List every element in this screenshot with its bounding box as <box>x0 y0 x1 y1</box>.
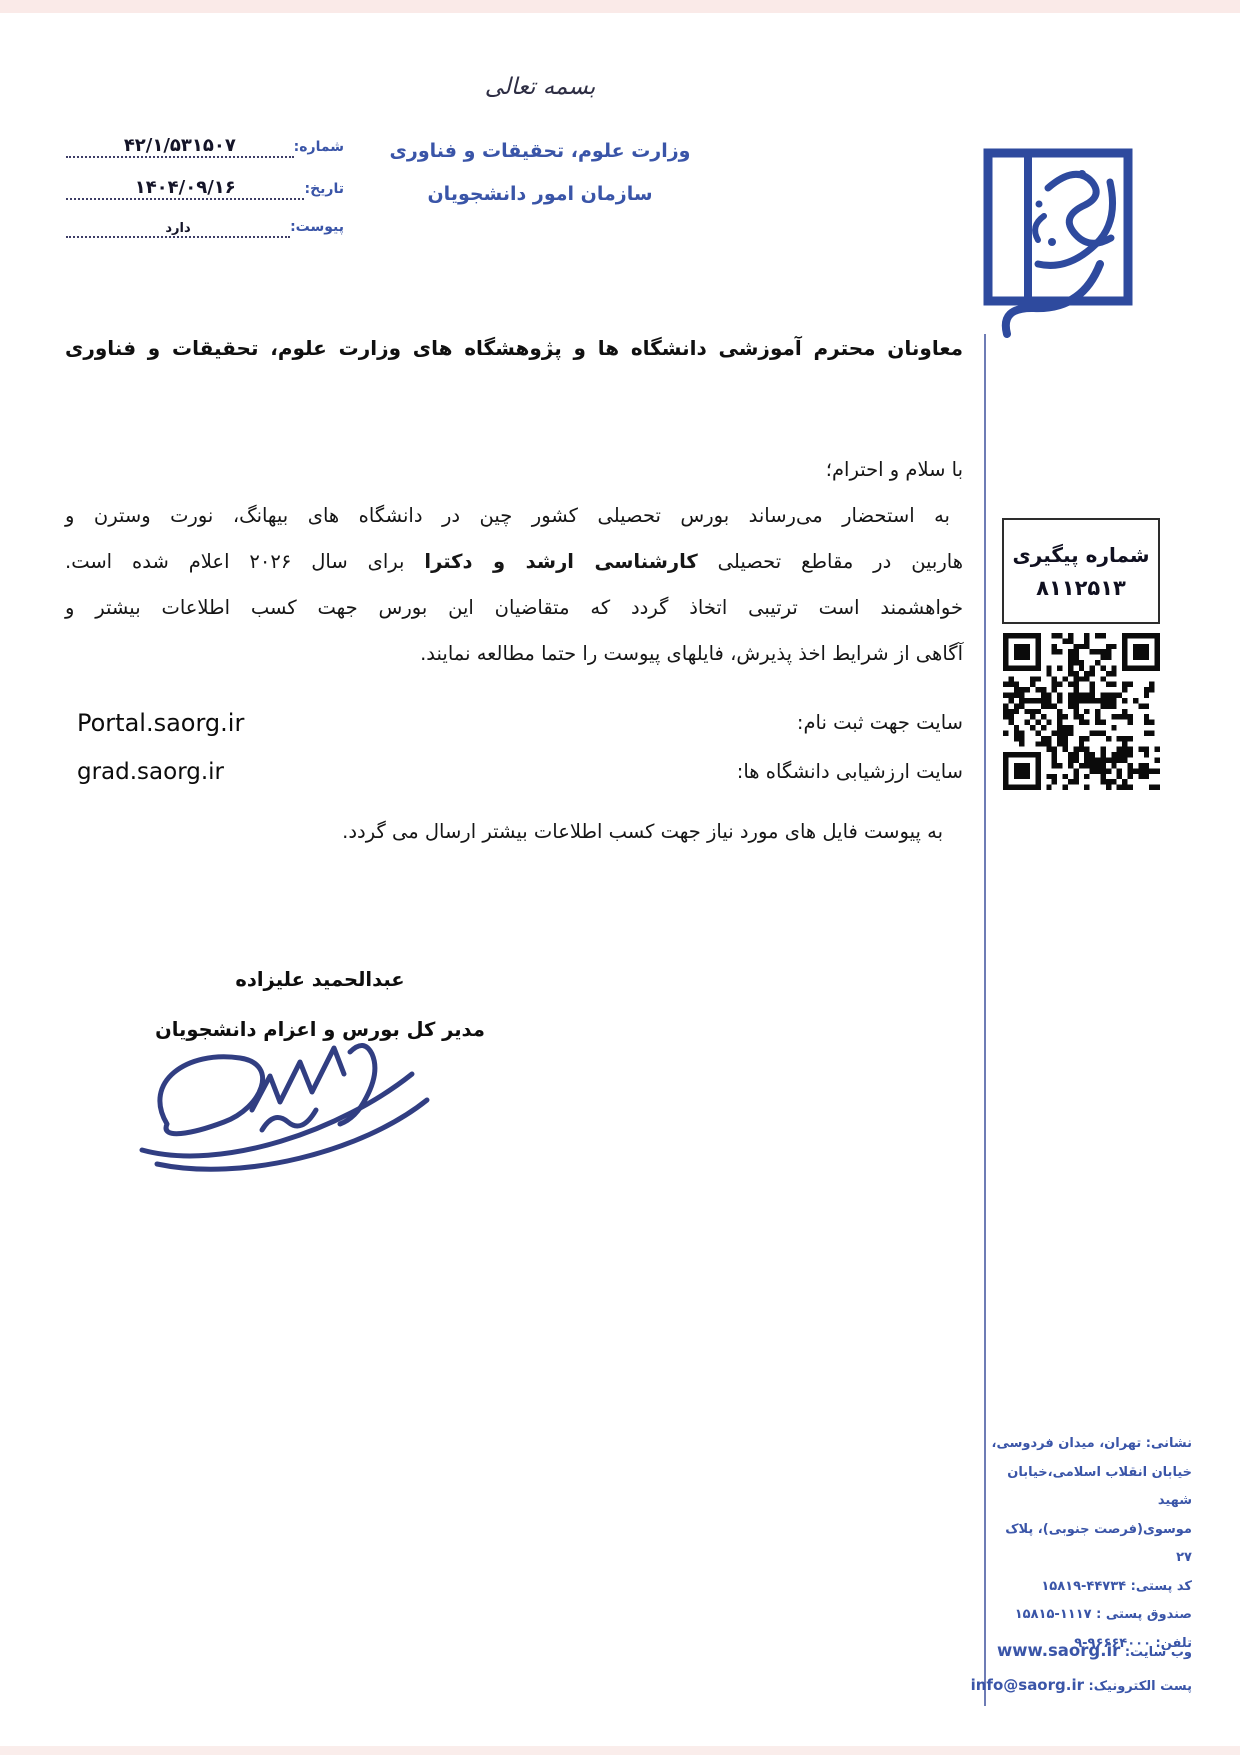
registration-site-url: Portal.saorg.ir <box>65 709 244 737</box>
pobox-label: صندوق پستی : <box>1096 1607 1192 1622</box>
tracking-number-label: شماره پیگیری <box>1012 543 1149 567</box>
salutation: با سلام و احترام؛ <box>65 458 963 504</box>
letter-attachment-row: پیوست: دارد <box>66 200 344 238</box>
signature-scribble <box>112 1012 447 1187</box>
organization-title: سازمان امور دانشجویان <box>340 183 740 205</box>
letter-number-value: ۴۲/۱/۵۳۱۵۰۷ <box>124 135 236 156</box>
footer-address-block: نشانی: تهران، میدان فردوسی، خیابان انقلا… <box>986 1430 1192 1658</box>
address-line-2: خیابان انقلاب اسلامی،خیابان شهید <box>986 1459 1192 1516</box>
letter-attachment-value: دارد <box>66 222 290 238</box>
ministry-title: وزارت علوم، تحقیقات و فناوری <box>340 140 740 162</box>
letter-date-value: ۱۴۰۴/۰۹/۱۶ <box>135 177 236 198</box>
letter-number-row: شماره: ۴۲/۱/۵۳۱۵۰۷ <box>66 116 344 158</box>
tracking-number-box: شماره پیگیری ۸۱۱۲۵۱۳ <box>1002 518 1160 624</box>
scan-tint-top <box>0 0 1240 13</box>
body-line-1: به استحضار می‌رساند بورس تحصیلی کشور چین… <box>65 504 963 550</box>
website-label: وب سایت: <box>1125 1645 1192 1660</box>
website-value: www.saorg.ir <box>997 1641 1120 1660</box>
body-line-2: هاربین در مقاطع تحصیلی کارشناسی ارشد و د… <box>65 550 963 596</box>
email-label: پست الکترونیک: <box>1089 1679 1192 1694</box>
evaluation-site-label: سایت ارزشیابی دانشگاه ها: <box>737 760 963 783</box>
attachment-note: به پیوست فایل های مورد نیاز جهت کسب اطلا… <box>65 820 963 866</box>
footer-web-block: وب سایت: www.saorg.ir پست الکترونیک: inf… <box>986 1634 1192 1703</box>
letter-body: با سلام و احترام؛ به استحضار می‌رساند بو… <box>65 458 963 688</box>
saorg-logo-icon <box>982 146 1134 342</box>
body-line-2-bold: کارشناسی ارشد و دکترا <box>424 550 697 573</box>
letter-meta-block: شماره: ۴۲/۱/۵۳۱۵۰۷ تاریخ: ۱۴۰۴/۰۹/۱۶ پیو… <box>66 116 344 238</box>
tracking-number-value: ۸۱۱۲۵۱۳ <box>1036 576 1126 600</box>
body-line-2-pre: هاربین در مقاطع تحصیلی <box>698 550 963 573</box>
body-line-2-post: برای سال ۲۰۲۶ اعلام شده است. <box>65 550 424 573</box>
pobox-value: ۱۵۸۱۵-۱۱۱۷ <box>1015 1607 1092 1622</box>
besmele-text: بسمه تعالی <box>420 74 660 100</box>
evaluation-site-url: grad.saorg.ir <box>65 759 224 785</box>
letter-number-label: شماره: <box>294 139 344 158</box>
signer-name: عبدالحمید علیزاده <box>150 968 490 991</box>
letter-date-label: تاریخ: <box>304 181 344 200</box>
postal-code-value: ۱۵۸۱۹-۴۴۷۳۴ <box>1041 1579 1126 1594</box>
evaluation-site-row: سایت ارزشیابی دانشگاه ها: grad.saorg.ir <box>65 747 963 796</box>
website-line: وب سایت: www.saorg.ir <box>986 1634 1192 1669</box>
site-links-block: سایت جهت ثبت نام: Portal.saorg.ir سایت ا… <box>65 698 963 796</box>
email-line: پست الکترونیک: info@saorg.ir <box>986 1669 1192 1703</box>
qr-code <box>1003 633 1160 790</box>
recipient-heading: معاونان محترم آموزشی دانشگاه ها و پژوهشگ… <box>65 336 963 360</box>
registration-site-row: سایت جهت ثبت نام: Portal.saorg.ir <box>65 698 963 747</box>
letter-date-row: تاریخ: ۱۴۰۴/۰۹/۱۶ <box>66 158 344 200</box>
registration-site-label: سایت جهت ثبت نام: <box>797 711 963 734</box>
letter-attachment-label: پیوست: <box>290 219 344 238</box>
scan-tint-bottom <box>0 1746 1240 1755</box>
body-line-4: آگاهی از شرایط اخذ پذیرش، فایلهای پیوست … <box>65 642 963 688</box>
email-value: info@saorg.ir <box>971 1676 1084 1694</box>
address-line-1: نشانی: تهران، میدان فردوسی، <box>986 1430 1192 1459</box>
postal-code-line: کد پستی: ۱۵۸۱۹-۴۴۷۳۴ <box>986 1573 1192 1602</box>
pobox-line: صندوق پستی : ۱۵۸۱۵-۱۱۱۷ <box>986 1601 1192 1630</box>
address-line-3: موسوی(فرصت جنوبی)، پلاک ۲۷ <box>986 1516 1192 1573</box>
body-line-3: خواهشمند است ترتیبی اتخاذ گردد که متقاضی… <box>65 596 963 642</box>
postal-code-label: کد پستی: <box>1131 1579 1192 1594</box>
scanned-letter-page: بسمه تعالی وزارت علوم، تحقیقات و فناوری … <box>0 0 1240 1755</box>
